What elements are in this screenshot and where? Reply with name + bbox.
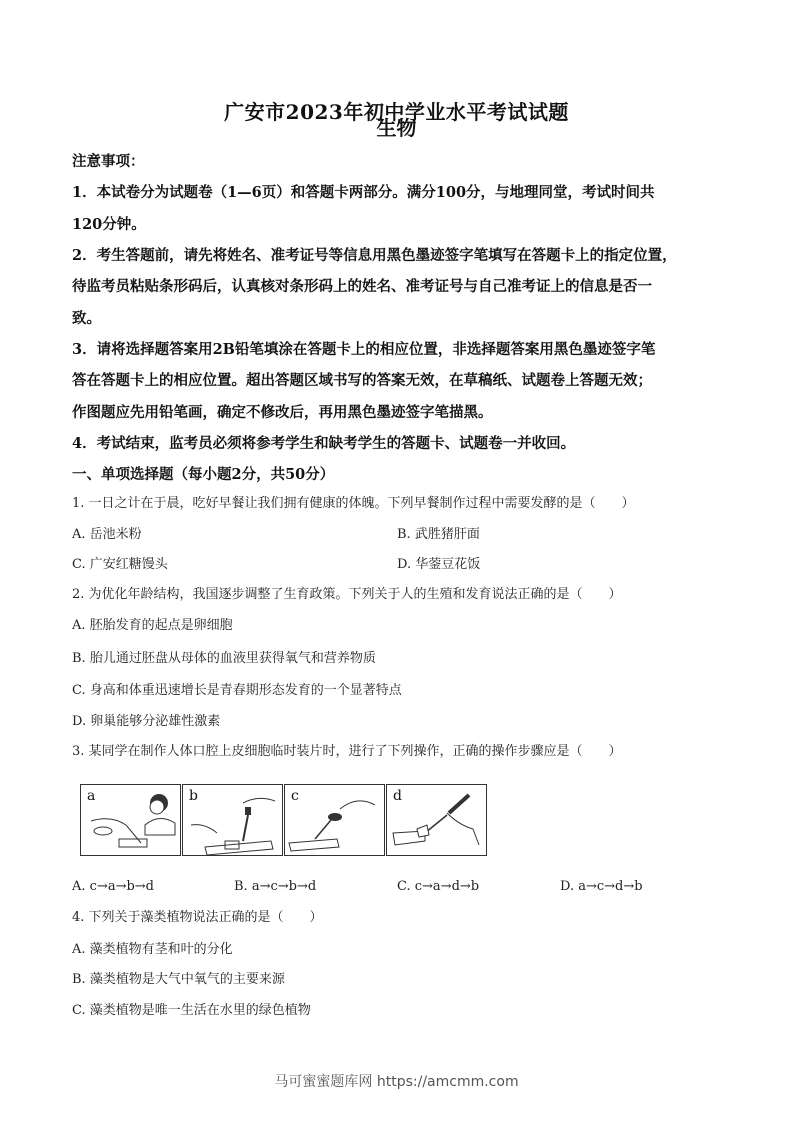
cover-slip-illustration-icon	[183, 785, 284, 857]
option: D. 华蓥豆花饭	[397, 555, 480, 575]
notice-line: 待监考员粘贴条形码后，认真核对条形码上的姓名、准考证号与自己准考证上的信息是否一	[72, 271, 732, 303]
figure-a: a	[80, 784, 181, 856]
option: A. 藻类植物有茎和叶的分化	[72, 940, 233, 960]
figure-c: c	[284, 784, 385, 856]
exam-subject: 生物	[0, 112, 793, 141]
dropper-illustration-icon	[285, 785, 386, 857]
figure-d: d	[386, 784, 487, 856]
option: A. c→a→b→d	[72, 877, 154, 897]
notice-line: 答在答题卡上的相应位置。超出答题区域书写的答案无效，在草稿纸、试题卷上答题无效；	[72, 365, 732, 397]
question-stem: 1. 一日之计在于晨，吃好早餐让我们拥有健康的体魄。下列早餐制作过程中需要发酵的…	[72, 494, 732, 514]
option: D. a→c→d→b	[560, 877, 643, 897]
notice-heading: 注意事项：	[72, 146, 732, 178]
option: A. 岳池米粉	[72, 525, 142, 545]
tweezers-illustration-icon	[387, 785, 488, 857]
option: B. a→c→b→d	[234, 877, 316, 897]
option: B. 藻类植物是大气中氧气的主要来源	[72, 970, 285, 990]
procedure-figures: a b c d	[80, 784, 487, 856]
option: C. c→a→d→b	[397, 877, 479, 897]
notice-line: 120分钟。	[72, 209, 732, 241]
option: B. 武胜猪肝面	[397, 525, 480, 545]
scrape-cheek-illustration-icon	[81, 785, 182, 857]
notice-line: 1．本试卷分为试题卷（1—6页）和答题卡两部分。满分100分，与地理同堂，考试时…	[72, 177, 732, 209]
notice-line: 3．请将选择题答案用2B铅笔填涂在答题卡上的相应位置，非选择题答案用黑色墨迹签字…	[72, 334, 732, 366]
option: D. 卵巢能够分泌雄性激素	[72, 712, 220, 732]
notice-line: 4．考试结束，监考员必须将参考学生和缺考学生的答题卡、试题卷一并收回。	[72, 428, 732, 460]
question-stem: 2. 为优化年龄结构，我国逐步调整了生育政策。下列关于人的生殖和发育说法正确的是…	[72, 585, 732, 605]
section-heading: 一、单项选择题（每小题2分，共50分）	[72, 459, 732, 491]
notice-line: 2．考生答题前，请先将姓名、准考证号等信息用黑色墨迹签字笔填写在答题卡上的指定位…	[72, 240, 732, 272]
option: C. 藻类植物是唯一生活在水里的绿色植物	[72, 1001, 311, 1021]
option: A. 胚胎发育的起点是卵细胞	[72, 616, 233, 636]
question-stem: 4. 下列关于藻类植物说法正确的是（ ）	[72, 908, 732, 928]
footer-watermark: 马可蜜蜜题库网 https://amcmm.com	[0, 1071, 793, 1091]
notice-line: 致。	[72, 303, 732, 335]
option: C. 广安红糖馒头	[72, 555, 168, 575]
option: B. 胎儿通过胚盘从母体的血液里获得氧气和营养物质	[72, 649, 376, 669]
notice-line: 作图题应先用铅笔画，确定不修改后，再用黑色墨迹签字笔描黑。	[72, 397, 732, 429]
option: C. 身高和体重迅速增长是青春期形态发育的一个显著特点	[72, 681, 402, 701]
figure-b: b	[182, 784, 283, 856]
question-stem: 3. 某同学在制作人体口腔上皮细胞临时装片时，进行了下列操作，正确的操作步骤应是…	[72, 742, 732, 762]
